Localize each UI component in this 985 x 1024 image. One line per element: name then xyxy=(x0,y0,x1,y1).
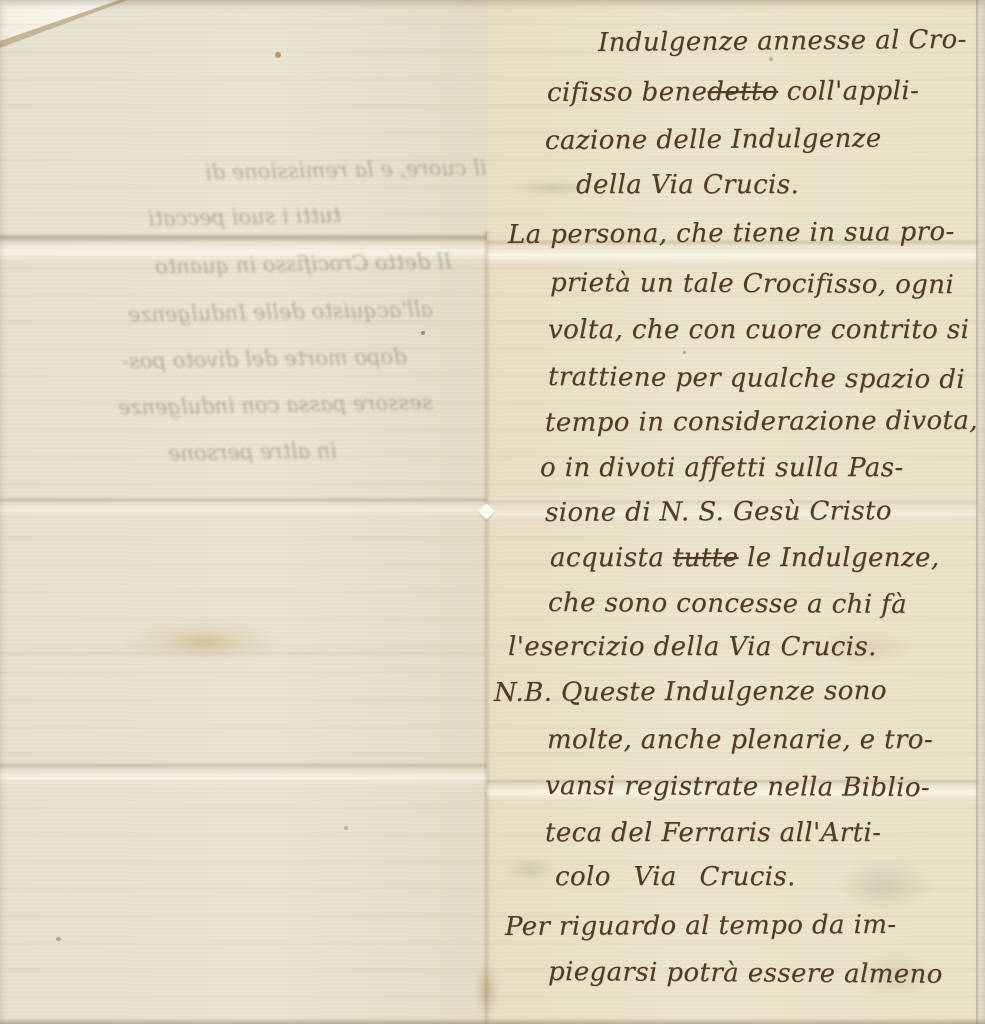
bleedthrough-ghost-line: all'acquisto delle Indulgenze xyxy=(128,297,433,326)
fold-crease-shadow xyxy=(0,497,487,503)
manuscript-line: trattiene per qualche spazio di xyxy=(548,362,965,395)
line-text: acquista xyxy=(550,543,673,573)
manuscript-line: della Via Crucis. xyxy=(576,170,799,200)
line-text: le Indulgenze, xyxy=(738,543,939,573)
bleedthrough-ghost-line: tutti i suoi peccati xyxy=(148,203,341,230)
line-text: cifisso bene xyxy=(547,77,708,108)
manuscript-line: tempo in considerazione divota, xyxy=(545,406,978,438)
bleedthrough-ghost-line: dopo morte del divoto pos- xyxy=(122,345,407,374)
manuscript-scan: il cuore, e la remissione di tutti i suo… xyxy=(0,0,985,1024)
manuscript-line: teca del Ferraris all'Arti- xyxy=(545,818,881,848)
line-text: coll'appli- xyxy=(778,76,919,107)
manuscript-line: N.B. Queste Indulgenze sono xyxy=(494,676,887,708)
manuscript-line: molte, anche plenarie, e tro- xyxy=(547,725,933,755)
struck-word: detto xyxy=(707,77,778,107)
manuscript-line: acquista tutte le Indulgenze, xyxy=(550,543,940,573)
paper-stain xyxy=(150,628,260,658)
fold-crease-shadow xyxy=(0,233,487,242)
manuscript-line: Per riguardo al tempo da im- xyxy=(505,910,897,942)
paper-bottom-edge xyxy=(0,1018,985,1024)
struck-word: tutte xyxy=(673,543,738,573)
manuscript-line: piegarsi potrà essere almeno xyxy=(548,957,943,990)
manuscript-line: l'esercizio della Via Crucis. xyxy=(508,632,877,662)
manuscript-line: o in divoti affetti sulla Pas- xyxy=(540,453,904,483)
fold-stain xyxy=(470,950,504,1024)
bleedthrough-ghost-line: in altre persone xyxy=(168,439,337,466)
manuscript-line: colo Via Crucis. xyxy=(555,862,796,892)
center-fold-crease xyxy=(483,230,490,1024)
manuscript-line: cazione delle Indulgenze xyxy=(545,124,882,156)
manuscript-line: vansi registrate nella Biblio- xyxy=(545,771,930,803)
manuscript-line: Indulgenze annesse al Cro- xyxy=(598,25,967,58)
manuscript-line: prietà un tale Crocifisso, ogni xyxy=(550,268,954,300)
paper-stain xyxy=(88,610,318,672)
fold-crease-highlight xyxy=(0,770,487,786)
bleedthrough-ghost-line: sessore passa con indulgenze xyxy=(118,390,433,419)
paper-right-edge xyxy=(976,0,985,1024)
fold-crease-shadow xyxy=(0,651,487,656)
manuscript-line: La persona, che tiene in sua pro- xyxy=(508,217,955,250)
bleedthrough-ghost-line: il cuore, e la remissione di xyxy=(205,156,487,185)
left-page: il cuore, e la remissione di tutti i suo… xyxy=(0,0,487,1024)
manuscript-line: volta, che con cuore contrito si xyxy=(548,315,969,345)
manuscript-line: sione di N. S. Gesù Cristo xyxy=(545,496,892,528)
manuscript-line: che sono concesse a chi fà xyxy=(548,588,907,620)
manuscript-line: cifisso benedetto coll'appli- xyxy=(547,76,919,108)
bleedthrough-ghost-line: Il detto Crocifisso in quanto xyxy=(155,249,452,278)
fold-crease-highlight xyxy=(0,504,487,516)
fold-crease-shadow xyxy=(0,762,487,769)
